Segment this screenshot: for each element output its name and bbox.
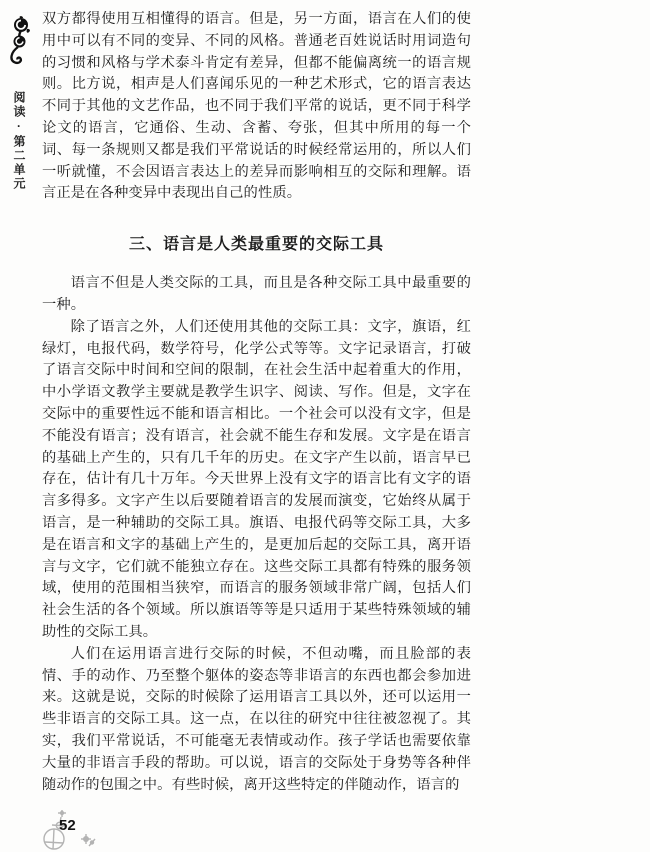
body-text-column: 双方都得使用互相懂得的语言。但是，另一方面，语言在人们的使用中可以有不同的变异、… <box>42 9 471 796</box>
paragraph: 人们在运用语言进行交际的时候，不但动嘴，而且脸部的表情、手的动作、乃至整个躯体的… <box>42 644 471 797</box>
scanned-book-page: 阅读·第二单元 双方都得使用互相懂得的语言。但是，另一方面，语言在人们的使用中可… <box>0 0 650 852</box>
sidebar-chapter-label: 阅读·第二单元 <box>11 91 28 191</box>
section-heading: 三、语言是人类最重要的交际工具 <box>42 231 471 254</box>
paragraph: 除了语言之外，人们还使用其他的交际工具：文字，旗语，红绿灯，电报代码，数学符号，… <box>42 317 471 644</box>
flourish-ornament-icon <box>6 15 36 67</box>
page-number-ornament: 52 <box>38 808 108 852</box>
page-number: 52 <box>59 817 76 834</box>
paragraph-continued: 双方都得使用互相懂得的语言。但是，另一方面，语言在人们的使用中可以有不同的变异、… <box>42 9 471 205</box>
paragraph: 语言不但是人类交际的工具，而且是各种交际工具中最重要的一种。 <box>42 273 471 317</box>
